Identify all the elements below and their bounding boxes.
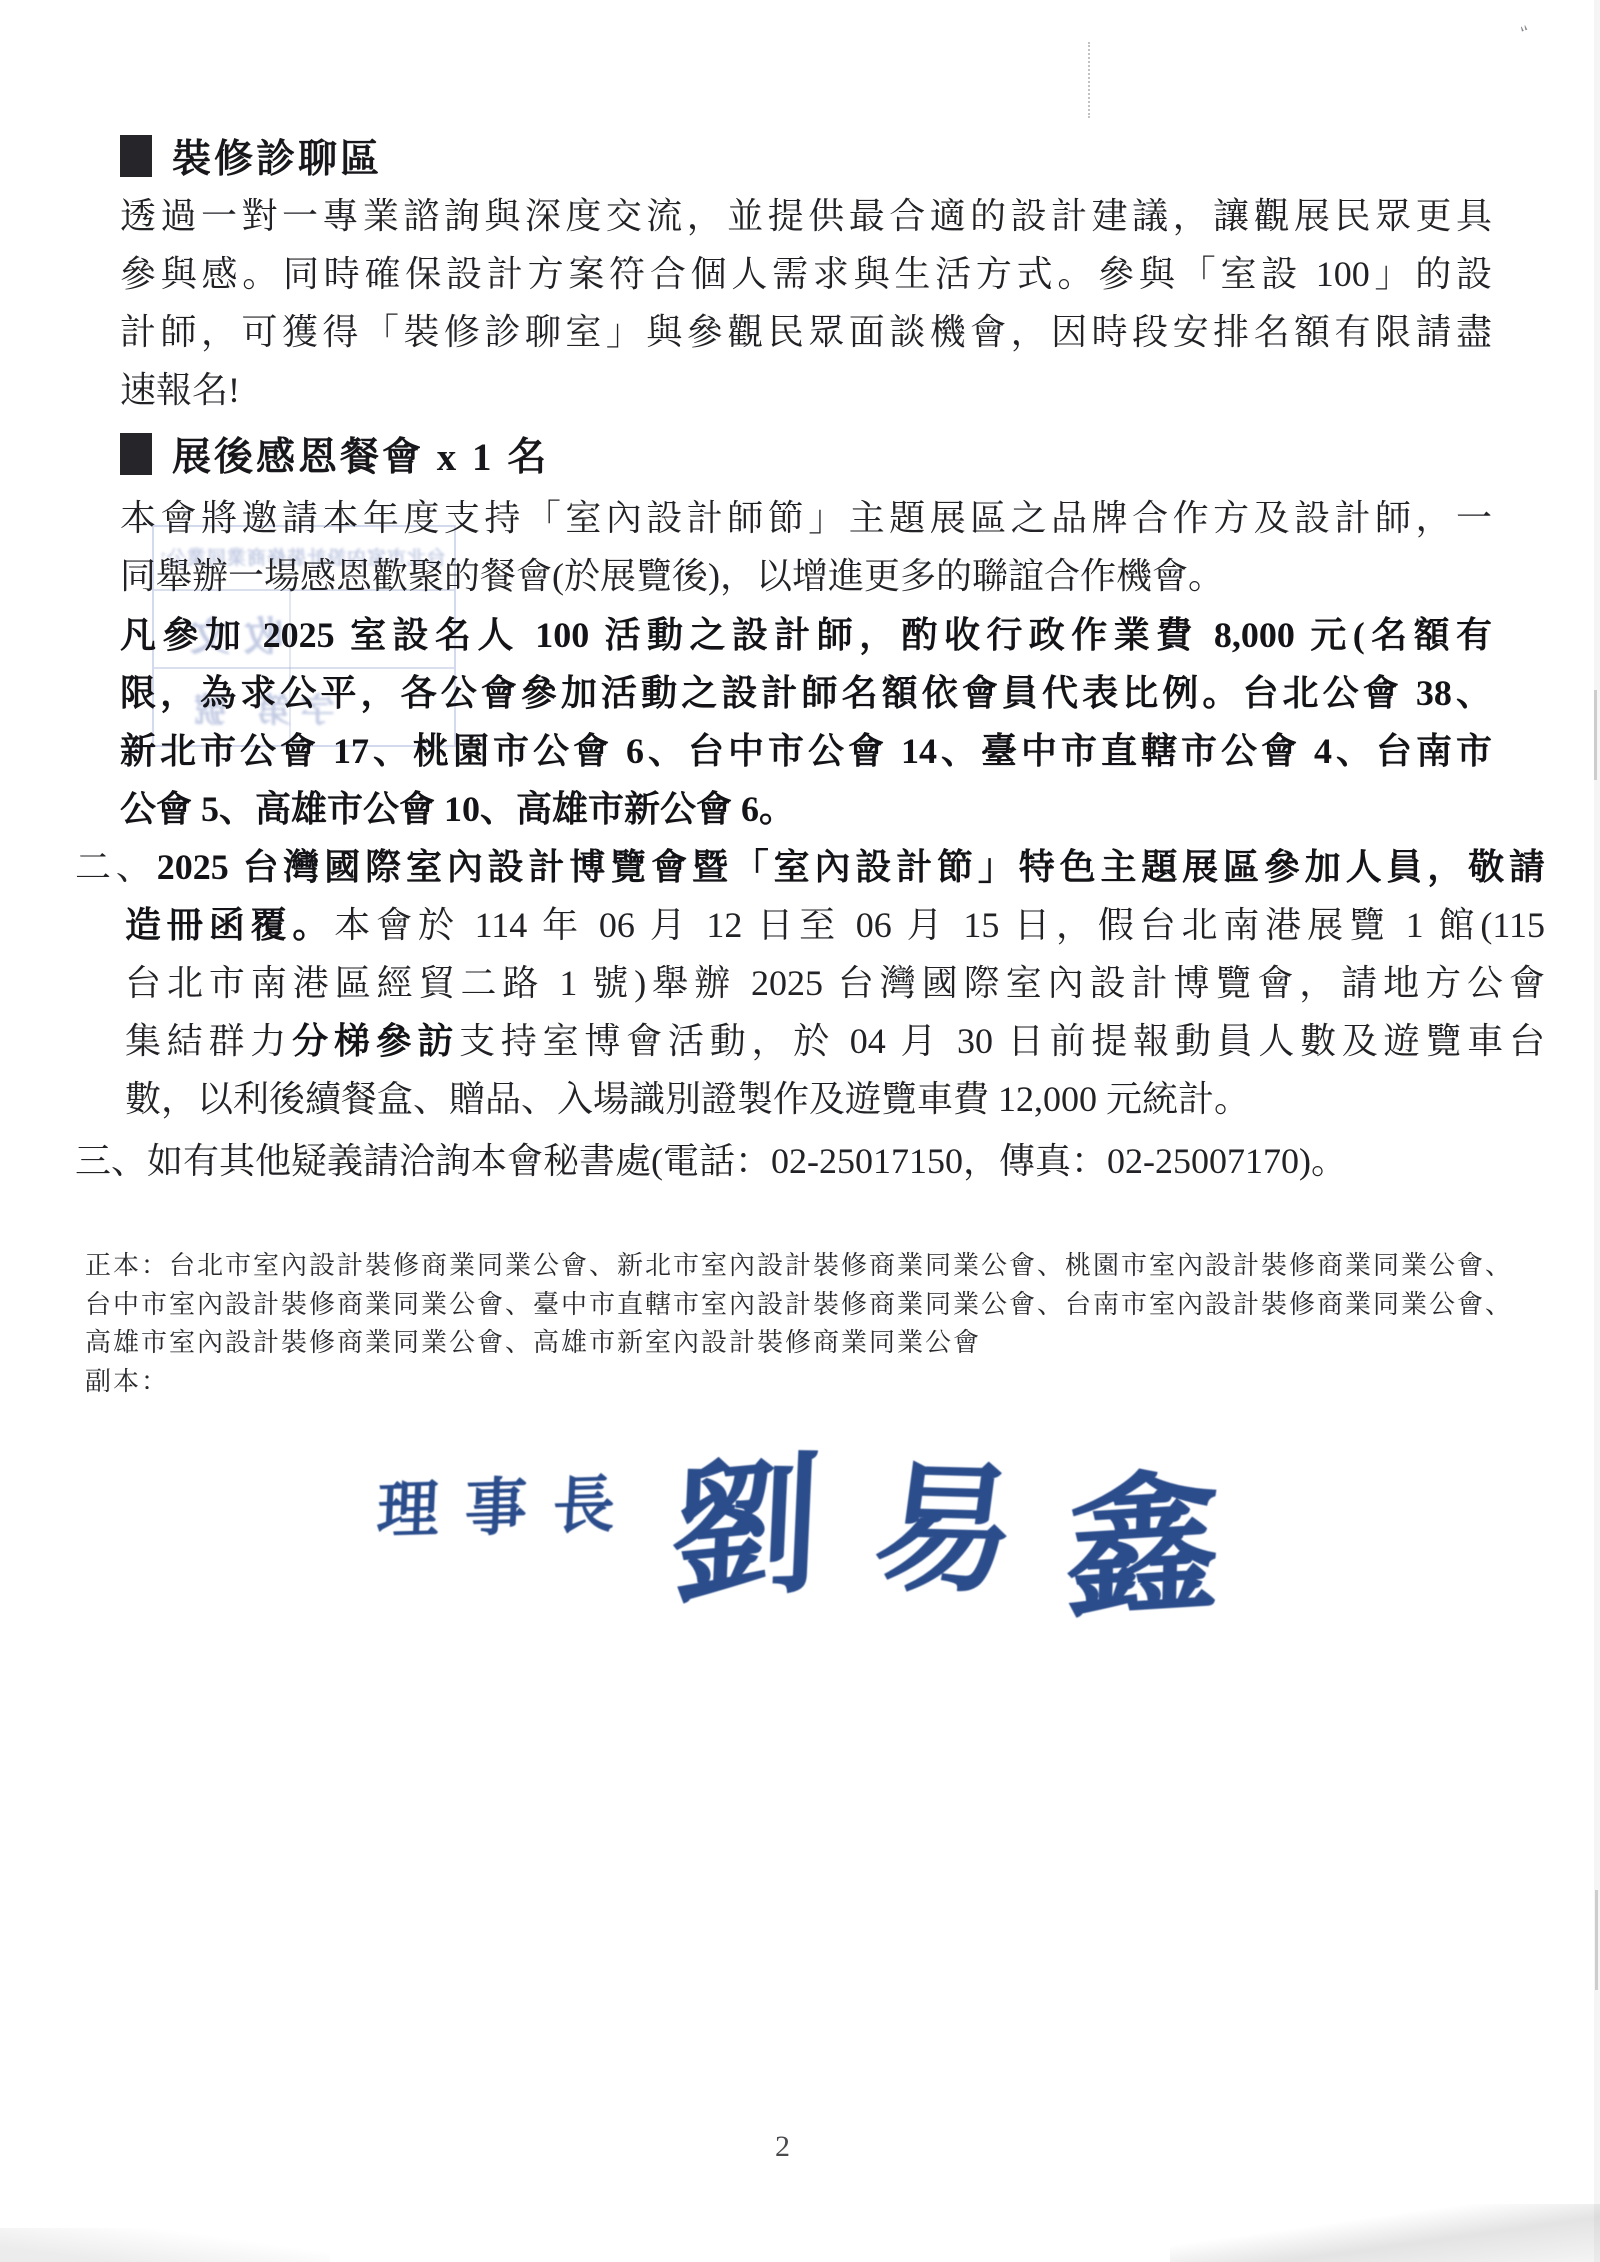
text-line: 速報名!: [120, 361, 1492, 419]
signature-name: 劉 易 鑫: [669, 1397, 1222, 1655]
paragraph-thanks-dinner: 本會將邀請本年度支持「室內設計師節」主題展區之品牌合作方及設計師，一同舉辦一場感…: [120, 489, 1492, 605]
paragraph-consult-zone: 透過一對一專業諮詢與深度交流，並提供最合適的設計建議，讓觀展民眾更具參與感。同時…: [120, 187, 1492, 419]
chairman-signature: 理事長 劉 易 鑫: [375, 1397, 1222, 1663]
signature-name-char: 鑫: [1065, 1420, 1222, 1648]
signature-name-char: 易: [864, 1417, 1030, 1621]
section-header-thanks-dinner: 展後感恩餐會 x 1 名: [120, 426, 549, 482]
text-line: 凡參加 2025 室設名人 100 活動之設計師，酌收行政作業費 8,000 元…: [120, 606, 1492, 664]
section-header-consult-zone: 裝修診聊區: [120, 128, 382, 184]
bold-text-segment: 造冊函覆。: [125, 905, 334, 945]
text-segment: 支持室博會活動，於 04 月 30 日前提報動員人數及遊覽車台: [459, 1021, 1545, 1061]
text-line: 副本：: [85, 1363, 1555, 1402]
bold-text-segment: 分梯參訪: [292, 1021, 459, 1061]
text-line: 限，為求公平，各公會參加活動之設計師名額依會員代表比例。台北公會 38、: [120, 664, 1492, 722]
black-square-bullet-icon: [120, 135, 152, 177]
text-line: 同舉辦一場感恩歡聚的餐會(於展覽後)，以增進更多的聯誼合作機會。: [120, 547, 1492, 605]
text-line: 造冊函覆。本會於 114 年 06 月 12 日至 06 月 15 日，假台北南…: [125, 896, 1545, 954]
scan-artifact: [1595, 1890, 1598, 1990]
bold-text-segment: 2025 台灣國際室內設計博覽會暨「室內設計節」特色主題展區參加人員，敬請: [157, 847, 1545, 887]
signature-title: 理事長: [375, 1454, 643, 1550]
item-2-expo-registration: 二、2025 台灣國際室內設計博覽會暨「室內設計節」特色主題展區參加人員，敬請造…: [75, 838, 1545, 1128]
black-square-bullet-icon: [120, 433, 152, 475]
scan-artifact: [1170, 2204, 1600, 2262]
text-line: 公會 5、高雄市公會 10、高雄市新公會 6。: [120, 780, 1492, 838]
distribution-list: 正本：台北市室內設計裝修商業同業公會、新北市室內設計裝修商業同業公會、桃園市室內…: [85, 1247, 1555, 1401]
item-3-contact-info: 三、如有其他疑義請洽詢本會秘書處(電話：02-25017150，傳真：02-25…: [75, 1132, 1545, 1190]
scan-artifact: [1594, 690, 1597, 780]
scan-artifact: [0, 2228, 330, 2262]
section-title: 裝修診聊區: [172, 128, 382, 184]
signature-name-char: 劉: [667, 1401, 826, 1633]
scan-artifact: [1088, 42, 1090, 118]
text-segment: 本會於 114 年 06 月 12 日至 06 月 15 日，假台北南港展覽 1…: [334, 905, 1545, 945]
text-line: 正本：台北市室內設計裝修商業同業公會、新北市室內設計裝修商業同業公會、桃園市室內…: [85, 1247, 1555, 1286]
scan-artifact: ": [1514, 11, 1530, 35]
paragraph-fee-quota: 凡參加 2025 室設名人 100 活動之設計師，酌收行政作業費 8,000 元…: [120, 606, 1492, 838]
page-number: 2: [775, 2130, 790, 2164]
text-segment: 台北市南港區經貿二路 1 號)舉辦 2025 台灣國際室內設計博覽會，請地方公會: [125, 963, 1545, 1003]
text-line: 集結群力分梯參訪支持室博會活動，於 04 月 30 日前提報動員人數及遊覽車台: [125, 1012, 1545, 1070]
text-segment: 二、: [75, 847, 157, 887]
section-title: 展後感恩餐會 x 1 名: [172, 426, 549, 482]
scanned-letter-page-2: { "document": { "page_number": "2", "bul…: [0, 0, 1600, 2262]
text-line: 高雄市室內設計裝修商業同業公會、高雄市新室內設計裝修商業同業公會: [85, 1324, 1555, 1363]
text-line: 計師，可獲得「裝修診聊室」與參觀民眾面談機會，因時段安排名額有限請盡: [120, 303, 1492, 361]
text-line: 數，以利後續餐盒、贈品、入場識別證製作及遊覽車費 12,000 元統計。: [125, 1070, 1545, 1128]
text-line: 台北市南港區經貿二路 1 號)舉辦 2025 台灣國際室內設計博覽會，請地方公會: [125, 954, 1545, 1012]
text-segment: 集結群力: [125, 1021, 292, 1061]
text-line: 三、如有其他疑義請洽詢本會秘書處(電話：02-25017150，傳真：02-25…: [125, 1132, 1545, 1190]
text-line: 二、2025 台灣國際室內設計博覽會暨「室內設計節」特色主題展區參加人員，敬請: [125, 838, 1545, 896]
text-segment: 數，以利後續餐盒、贈品、入場識別證製作及遊覽車費 12,000 元統計。: [125, 1079, 1250, 1119]
text-line: 台中市室內設計裝修商業同業公會、臺中市直轄市室內設計裝修商業同業公會、台南市室內…: [85, 1286, 1555, 1325]
text-line: 參與感。同時確保設計方案符合個人需求與生活方式。參與「室設 100」的設: [120, 245, 1492, 303]
text-line: 本會將邀請本年度支持「室內設計師節」主題展區之品牌合作方及設計師，一: [120, 489, 1492, 547]
text-line: 新北市公會 17、桃園市公會 6、台中市公會 14、臺中市直轄市公會 4、台南市: [120, 722, 1492, 780]
text-line: 透過一對一專業諮詢與深度交流，並提供最合適的設計建議，讓觀展民眾更具: [120, 187, 1492, 245]
